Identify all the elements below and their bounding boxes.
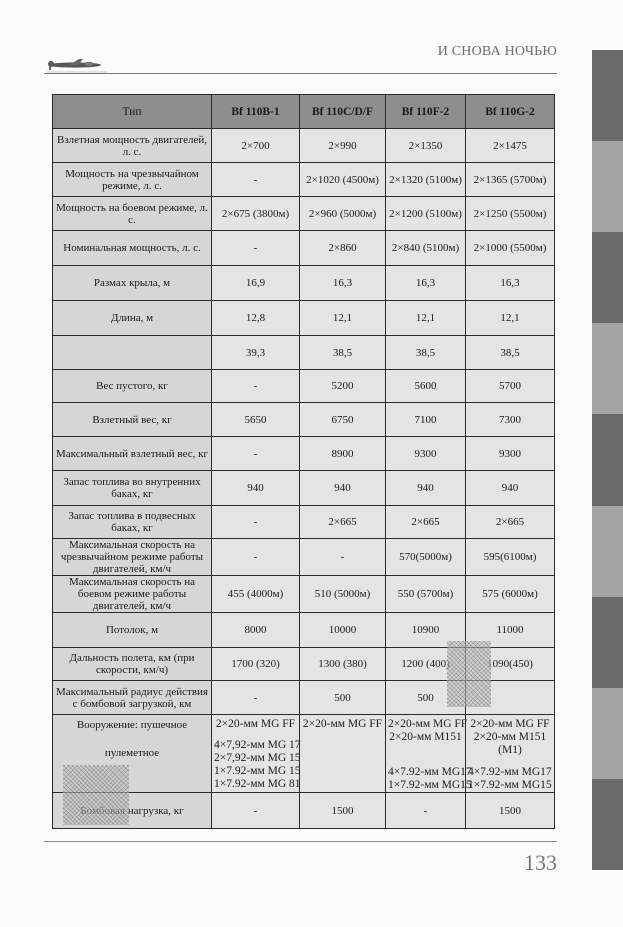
row-label: Потолок, м [53,613,212,648]
column-header-bf110g2: Bf 110G-2 [466,95,555,129]
spacer [388,744,463,766]
mg-line: 1×7.92-мм MG 15 [214,765,297,778]
cell-value: 940 [212,471,300,506]
row-label: Запас топлива в подвесных баках, кг [53,506,212,539]
page-edge-thumb-index [592,50,623,870]
armament-cell: 2×20-мм MG FF2×20-мм M1514×7.92-мм MG171… [386,715,466,793]
mg-line: 2×7,92-мм MG 15 [214,752,297,765]
cannon-line: 2×20-мм MG FF [388,718,463,731]
cell-value: 7100 [386,403,466,437]
cannon-line: 2×20-мм MG FF [302,718,383,731]
cell-value: - [386,793,466,829]
cell-value: 575 (6000м) [466,576,555,613]
table-row: Длина, м12,812,112,112,1 [53,301,555,336]
cell-value: 8000 [212,613,300,648]
row-label: Максимальный взлетный вес, кг [53,437,212,471]
cell-value: 5700 [466,370,555,403]
cell-value: 9300 [386,437,466,471]
row-label: Вес пустого, кг [53,370,212,403]
thumb-index-band-light [592,323,623,414]
mg-line: 1×7.92-мм MG15 [388,779,463,792]
row-label: Взлетный вес, кг [53,403,212,437]
table-row: Номинальная мощность, л. с.-2×8602×840 (… [53,231,555,266]
mg-line: 4×7.92-мм MG17 [388,766,463,779]
cell-value: 940 [466,471,555,506]
cell-value: 2×990 [300,129,386,163]
armament-cannon-label: Вооружение: пушечное [55,715,209,731]
armament-cell: 2×20-мм MG FF [300,715,386,793]
scan-artifact [63,765,129,825]
cell-value: 940 [300,471,386,506]
cell-value: 2×1365 (5700м) [466,163,555,197]
footer-rule [44,841,557,842]
aircraft-silhouette-icon [45,55,107,73]
cell-value: 500 [300,681,386,715]
cell-value: 2×1320 (5100м) [386,163,466,197]
running-title: И СНОВА НОЧЬЮ [438,44,557,60]
cell-value: 2×700 [212,129,300,163]
table-header-row: Тип Bf 110B-1 Bf 110C/D/F Bf 110F-2 Bf 1… [53,95,555,129]
cannon-line: 2×20-мм M151 [468,731,552,744]
cell-value: 5650 [212,403,300,437]
cell-value: 2×1000 (5500м) [466,231,555,266]
cell-value: 2×675 (3800м) [212,197,300,231]
cell-value: 38,5 [466,336,555,370]
cell-value: 12,1 [466,301,555,336]
thumb-index-band-dark [592,779,623,870]
table-row: Максимальная скорость на чрезвычайном ре… [53,539,555,576]
thumb-index-band-dark [592,232,623,323]
cell-value: 2×665 [386,506,466,539]
cell-value: - [300,539,386,576]
scan-artifact [447,641,491,707]
cell-value: - [212,163,300,197]
cell-value: 5200 [300,370,386,403]
cell-value: - [212,539,300,576]
cell-value: 940 [386,471,466,506]
cannon-line: (M1) [468,744,552,757]
cannon-line: 2×20-мм M151 [388,731,463,744]
cannon-line: 2×20-мм MG FF [214,718,297,731]
mg-line: 1×7.92-мм MG15 [468,779,552,792]
row-label: Мощность на боевом режиме, л. с. [53,197,212,231]
row-label: Запас топлива во внутренних баках, кг [53,471,212,506]
table-row: Размах крыла, м16,916,316,316,3 [53,266,555,301]
cell-value: 1700 (320) [212,648,300,681]
cell-value: 2×1020 (4500м) [300,163,386,197]
row-label: Номинальная мощность, л. с. [53,231,212,266]
cell-value: 8900 [300,437,386,471]
table-row: Максимальный взлетный вес, кг-8900930093… [53,437,555,471]
thumb-index-band-light [592,141,623,232]
table-row: Взлетный вес, кг5650675071007300 [53,403,555,437]
cell-value: 2×1350 [386,129,466,163]
cell-value: 39,3 [212,336,300,370]
mg-line: 4×7,92-мм MG 17 [214,739,297,752]
cell-value: - [212,506,300,539]
cell-value: 595(6100м) [466,539,555,576]
cell-value: 16,3 [300,266,386,301]
page-number: 133 [524,850,557,876]
column-header-bf110cdf: Bf 110C/D/F [300,95,386,129]
cell-value: 1500 [300,793,386,829]
specifications-table: Тип Bf 110B-1 Bf 110C/D/F Bf 110F-2 Bf 1… [52,94,555,829]
cell-value: 6750 [300,403,386,437]
cell-value: 455 (4000м) [212,576,300,613]
cell-value: 2×1200 (5100м) [386,197,466,231]
table-row: Взлетная мощность двигателей, л. с.2×700… [53,129,555,163]
thumb-index-band-light [592,506,623,597]
row-label: Размах крыла, м [53,266,212,301]
cell-value: 12,1 [386,301,466,336]
cell-value: - [212,437,300,471]
row-label: Максимальная скорость на чрезвычайном ре… [53,539,212,576]
cell-value: 10000 [300,613,386,648]
column-header-bf110f2: Bf 110F-2 [386,95,466,129]
thumb-index-band-dark [592,50,623,141]
column-header-type: Тип [53,95,212,129]
mg-line: 4×7.92-мм MG17 [468,766,552,779]
cell-value: 1300 (380) [300,648,386,681]
spacer [214,731,297,739]
cell-value: 12,8 [212,301,300,336]
row-label: Максимальная скорость на боевом режиме р… [53,576,212,613]
thumb-index-band-dark [592,414,623,505]
table-row: Мощность на чрезвычайном режиме, л. с.-2… [53,163,555,197]
table-row: 39,338,538,538,5 [53,336,555,370]
armament-mg-label: пулеметное [55,731,209,759]
cell-value: 38,5 [300,336,386,370]
cell-value: 1500 [466,793,555,829]
row-label [53,336,212,370]
column-header-bf110b1: Bf 110B-1 [212,95,300,129]
cell-value: 2×960 (5000м) [300,197,386,231]
cell-value: 16,9 [212,266,300,301]
cell-value: 2×665 [300,506,386,539]
table-row: Запас топлива в подвесных баках, кг-2×66… [53,506,555,539]
table-row: Вес пустого, кг-520056005700 [53,370,555,403]
cell-value: 9300 [466,437,555,471]
cell-value: 2×665 [466,506,555,539]
thumb-index-band-light [592,688,623,779]
cell-value: 5600 [386,370,466,403]
cell-value: 570(5000м) [386,539,466,576]
row-label: Длина, м [53,301,212,336]
row-label: Взлетная мощность двигателей, л. с. [53,129,212,163]
cell-value: 2×1250 (5500м) [466,197,555,231]
spacer [468,757,552,766]
cell-value: 2×840 (5100м) [386,231,466,266]
cell-value: 2×860 [300,231,386,266]
row-label: Мощность на чрезвычайном режиме, л. с. [53,163,212,197]
cell-value: - [212,231,300,266]
cell-value: 550 (5700м) [386,576,466,613]
cell-value: 38,5 [386,336,466,370]
header-rule [44,73,557,74]
row-label: Дальность полета, км (при скорости, км/ч… [53,648,212,681]
cell-value: 510 (5000м) [300,576,386,613]
table-row: Запас топлива во внутренних баках, кг940… [53,471,555,506]
cannon-line: 2×20-мм MG FF [468,718,552,731]
cell-value: - [212,681,300,715]
cell-value: 7300 [466,403,555,437]
cell-value: - [212,370,300,403]
armament-cell: 2×20-мм MG FF4×7,92-мм MG 172×7,92-мм MG… [212,715,300,793]
armament-cell: 2×20-мм MG FF2×20-мм M151(M1)4×7.92-мм M… [466,715,555,793]
mg-line: 1×7.92-мм MG 81 [214,778,297,791]
cell-value: 16,3 [466,266,555,301]
cell-value: 12,1 [300,301,386,336]
thumb-index-band-dark [592,597,623,688]
cell-value: 16,3 [386,266,466,301]
cell-value: - [212,793,300,829]
cell-value: 2×1475 [466,129,555,163]
table-row: Максимальная скорость на боевом режиме р… [53,576,555,613]
table-row: Мощность на боевом режиме, л. с.2×675 (3… [53,197,555,231]
row-label: Максимальный радиус действия с бомбовой … [53,681,212,715]
